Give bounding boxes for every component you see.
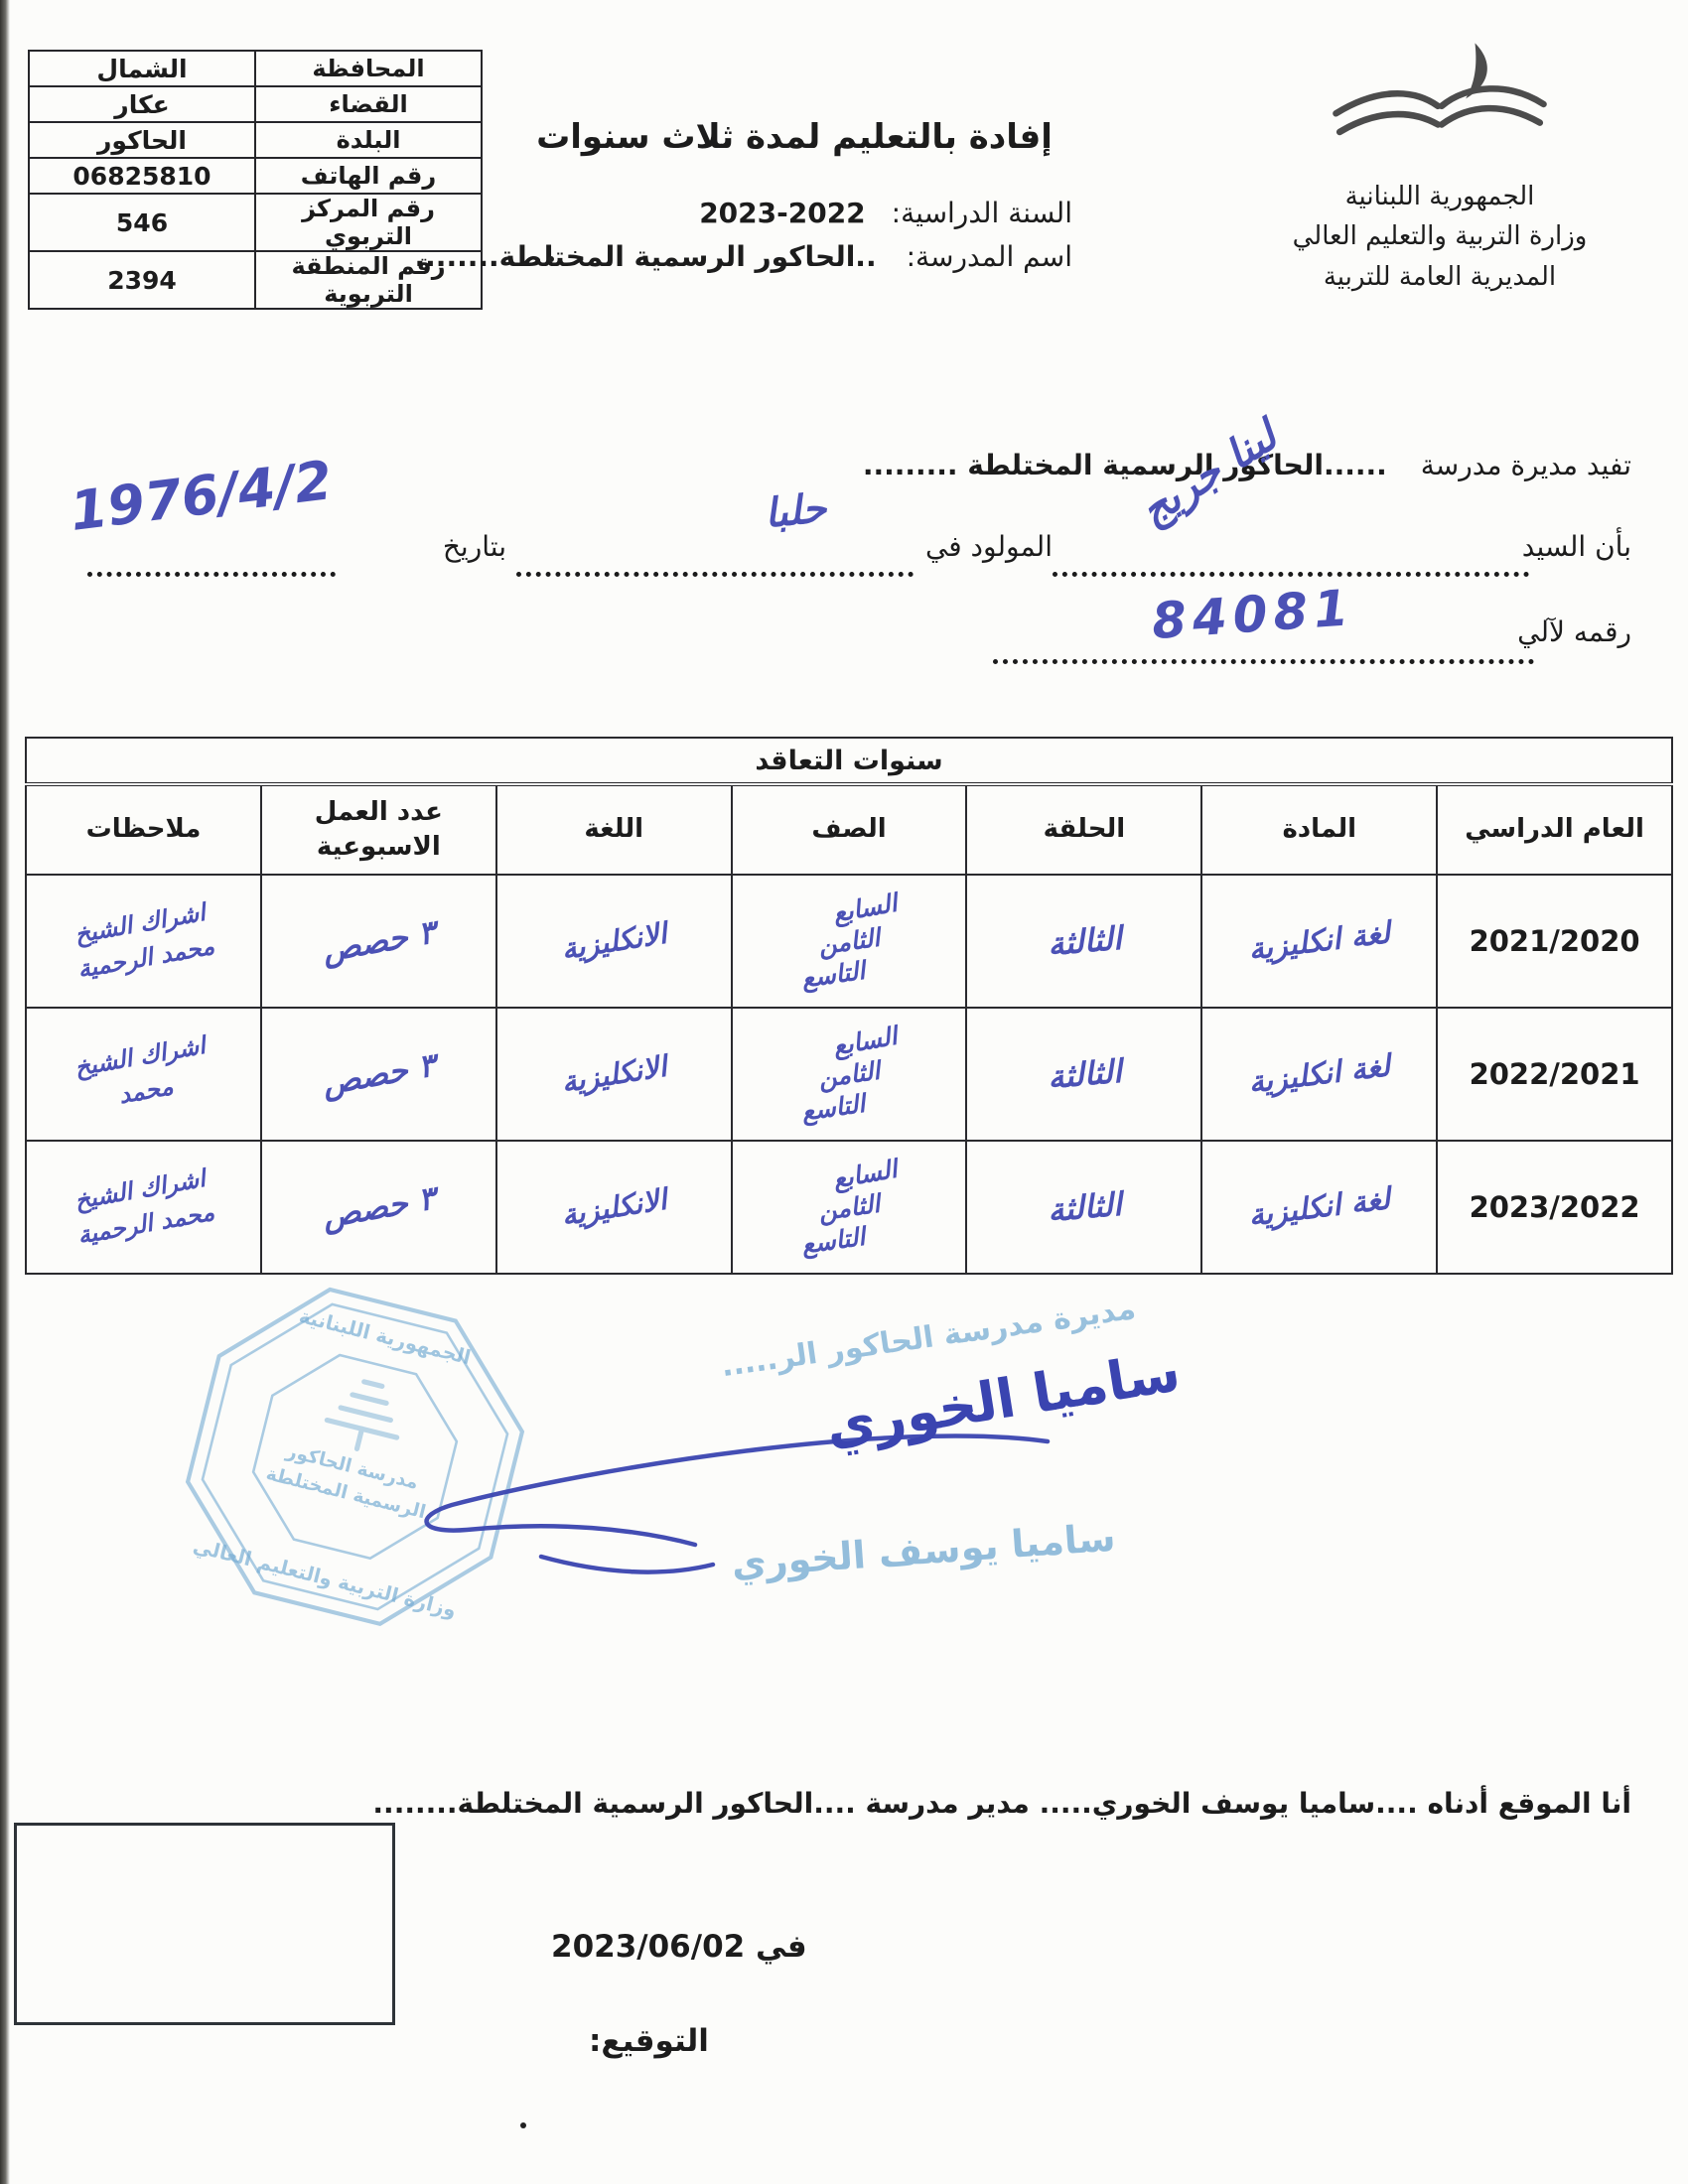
declaration-line: أنا الموقع أدناه ....ساميا يوسف الخوري..… — [372, 1787, 1631, 1820]
info-value: الحاكور — [29, 122, 255, 158]
cell-subject-hand: لغة انكليزية — [1246, 1181, 1392, 1233]
info-label: رقم الهاتف — [255, 158, 482, 194]
cell-cycle-hand: الثالثة — [1046, 1052, 1123, 1096]
cell-year: 2021/2020 — [1437, 875, 1672, 1008]
table-row: المحافظة الشمال — [29, 51, 482, 86]
document-page: المحافظة الشمال القضاء عكار البلدة الحاك… — [0, 0, 1688, 2184]
handwritten-number: 84081 — [1150, 579, 1356, 650]
grade-line: التاسع — [800, 1221, 867, 1259]
issue-date-line: في 2023/06/02 — [551, 1929, 807, 1965]
contract-table-title: سنوات التعاقد — [26, 738, 1672, 784]
cell-year: 2023/2022 — [1437, 1141, 1672, 1274]
certify-school-value: ......الحاكور الرسمية المختلطة ......... — [863, 449, 1387, 481]
cell-year: 2022/2021 — [1437, 1008, 1672, 1141]
col-notes: ملاحظات — [26, 784, 261, 875]
cell-weekly-hand: ٣ حصص — [319, 1178, 438, 1235]
cell-subject-hand: لغة انكليزية — [1246, 915, 1392, 967]
col-subject: المادة — [1201, 784, 1437, 875]
school-year-label: السنة الدراسية: — [892, 197, 1072, 229]
republic-line: الجمهورية اللبنانية — [1231, 177, 1648, 216]
info-value: عكار — [29, 86, 255, 122]
table-row: القضاء عكار — [29, 86, 482, 122]
grade-line: التاسع — [800, 955, 867, 993]
directorate-line: المديرية العامة للتربية — [1231, 257, 1648, 297]
cell-weekly-hand: ٣ حصص — [319, 1045, 438, 1102]
scan-edge-artifact — [0, 0, 10, 2184]
cell-cycle-hand: الثالثة — [1046, 1185, 1123, 1229]
school-name-value: ..الحاكور الرسمية المختلطة........ — [415, 240, 877, 273]
grade-line: الثامن — [816, 1188, 882, 1225]
table-row: رقم الهاتف 06825810 — [29, 158, 482, 194]
school-name-line: اسم المدرسة: ..الحاكور الرسمية المختلطة.… — [427, 240, 1072, 273]
school-name-label: اسم المدرسة: — [907, 240, 1072, 273]
number-dotted-line — [993, 653, 1534, 664]
school-year-value: 2023-2022 — [699, 197, 865, 229]
info-value: 2394 — [29, 251, 255, 309]
contract-table: سنوات التعاقد العام الدراسي المادة الحلق… — [25, 737, 1673, 1275]
name-dotted-line — [1053, 566, 1529, 577]
school-year-line: السنة الدراسية: 2023-2022 — [616, 197, 1072, 229]
grade-line: الثامن — [816, 922, 882, 959]
region-contract-table: سنوات التعاقد العام الدراسي المادة الحلق… — [25, 737, 1673, 1275]
cell-weekly-hand: ٣ حصص — [319, 912, 438, 969]
cell-language-hand: الانكليزية — [559, 1182, 669, 1232]
info-label: القضاء — [255, 86, 482, 122]
cell-grades-hand: السابع الثامن التاسع — [732, 1141, 967, 1274]
table-row: 2023/2022 لغة انكليزية الثالثة السابع ال… — [26, 1141, 1672, 1274]
table-header-row: العام الدراسي المادة الحلقة الصف اللغة ع… — [26, 784, 1672, 875]
birthplace-dotted-line — [516, 566, 914, 577]
cell-cycle-hand: الثالثة — [1046, 919, 1123, 963]
handwritten-birthdate: 1976/4/2 — [67, 449, 336, 543]
cell-notes-hand: اشراك الشيخ محمد الرحمية — [45, 1157, 242, 1258]
info-label: البلدة — [255, 122, 482, 158]
cell-notes-hand: اشراك الشيخ محمد — [45, 1024, 242, 1125]
cell-notes-hand: اشراك الشيخ محمد الرحمية — [45, 890, 242, 992]
ministry-header: الجمهورية اللبنانية وزارة التربية والتعل… — [1231, 34, 1648, 297]
cell-subject-hand: لغة انكليزية — [1246, 1048, 1392, 1100]
subject-label: بأن السيد — [1522, 530, 1631, 563]
birthdate-dotted-line — [87, 566, 336, 577]
cell-grades-hand: السابع الثامن التاسع — [732, 875, 967, 1008]
stamp-top-text: الجمهورية اللبنانية — [297, 1304, 473, 1369]
auto-number-label: رقمه لآلي — [1517, 615, 1631, 648]
table-row: 2022/2021 لغة انكليزية الثالثة السابع ال… — [26, 1008, 1672, 1141]
empty-signature-box — [14, 1823, 395, 2025]
col-cycle: الحلقة — [966, 784, 1201, 875]
table-title-row: سنوات التعاقد — [26, 738, 1672, 784]
cell-language-hand: الانكليزية — [559, 916, 669, 966]
grade-line: السابع — [830, 1021, 899, 1060]
info-label: المحافظة — [255, 51, 482, 86]
table-row: البلدة الحاكور — [29, 122, 482, 158]
signature-label: التوقيع: — [589, 2023, 709, 2059]
grade-line: السابع — [830, 887, 899, 927]
table-row: 2021/2020 لغة انكليزية الثالثة السابع ال… — [26, 875, 1672, 1008]
col-weekly: عدد العمل الاسبوعية — [261, 784, 496, 875]
col-grade: الصف — [732, 784, 967, 875]
scan-dot-artifact — [520, 2122, 526, 2128]
page-title: إفادة بالتعليم لمدة ثلاث سنوات — [496, 117, 1092, 157]
cell-language-hand: الانكليزية — [559, 1049, 669, 1099]
signature-flourish — [377, 1380, 1092, 1608]
scan-dot-artifact — [548, 256, 554, 262]
col-year: العام الدراسي — [1437, 784, 1672, 875]
info-value: 06825810 — [29, 158, 255, 194]
birthdate-label: بتاريخ — [417, 530, 506, 563]
handwritten-birthplace: حلبا — [763, 485, 829, 537]
info-value: الشمال — [29, 51, 255, 86]
cell-grades-hand: السابع الثامن التاسع — [732, 1008, 967, 1141]
ministry-open-book-logo — [1316, 34, 1564, 173]
ministry-line: وزارة التربية والتعليم العالي — [1231, 216, 1648, 256]
certify-label: تفيد مديرة مدرسة — [1421, 449, 1631, 481]
info-value: 546 — [29, 194, 255, 251]
grade-line: التاسع — [800, 1088, 867, 1126]
col-language: اللغة — [496, 784, 732, 875]
grade-line: الثامن — [816, 1055, 882, 1092]
born-label: المولود في — [928, 530, 1053, 563]
grade-line: السابع — [830, 1154, 899, 1193]
